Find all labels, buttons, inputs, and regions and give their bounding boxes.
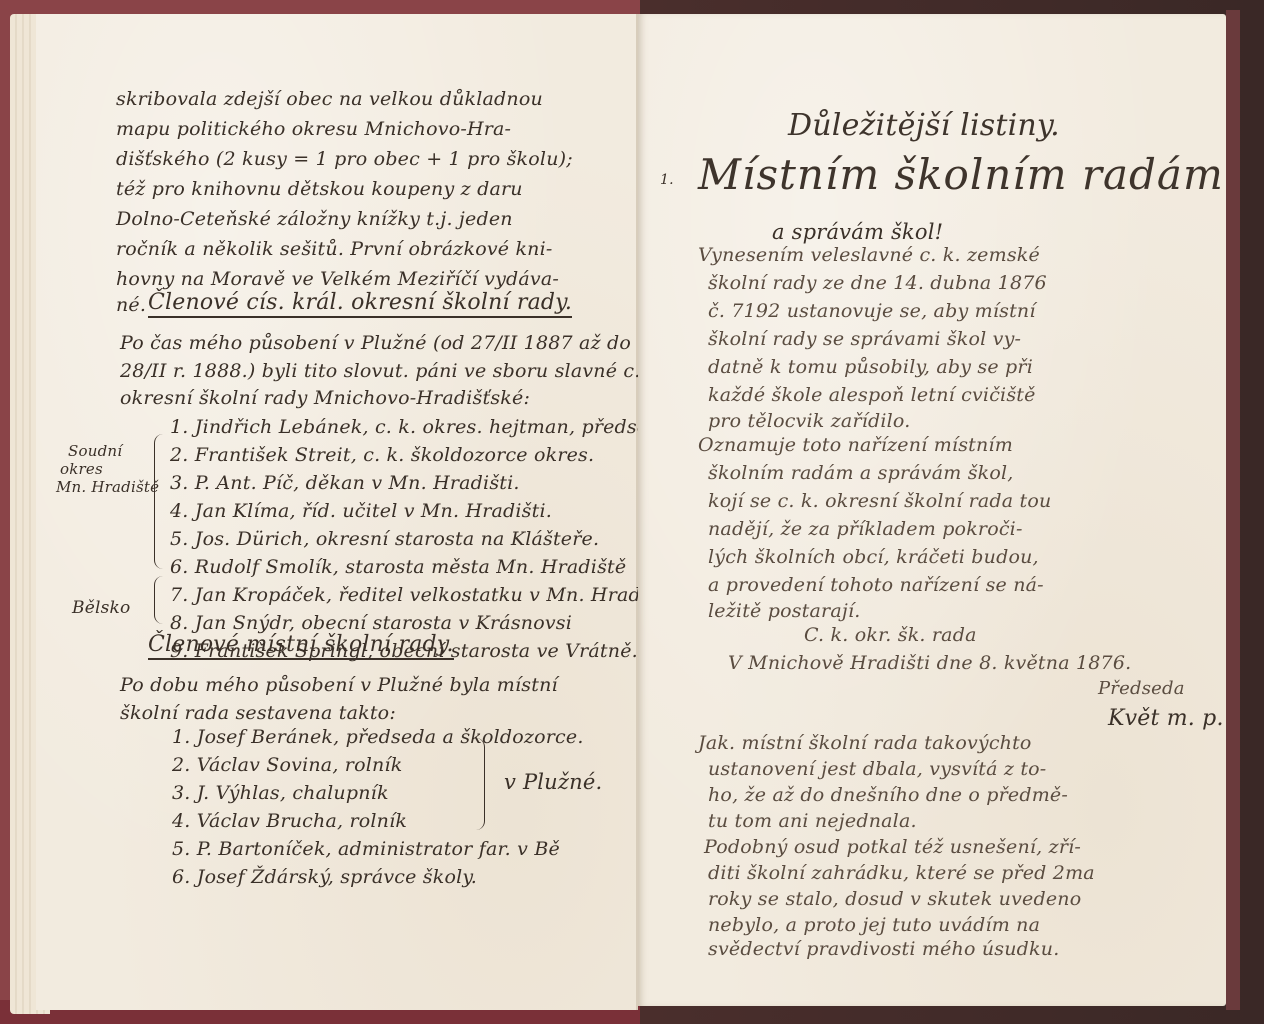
bracket-pluzne xyxy=(476,738,485,830)
member-line: 1. Jindřich Lebánek, c. k. okres. hejtma… xyxy=(170,416,678,438)
local-member-line: 3. J. Výhlas, chalupník xyxy=(172,782,389,804)
bracket-soudni-okres xyxy=(154,434,163,569)
member-line: 8. Jan Snýdr, obecní starosta v Krásnovs… xyxy=(170,612,572,634)
member-line: 4. Jan Klíma, říd. učitel v Mn. Hradišti… xyxy=(170,500,552,522)
bracket-label-pluzne: v Plužné. xyxy=(504,770,602,794)
paragraph1-line: školní rady se správami škol vy- xyxy=(708,328,1021,350)
right-page: Důležitější listiny. 1. Místním školním … xyxy=(638,14,1226,1006)
section-heading-district-council: Členové cís. král. okresní školní rady. xyxy=(148,290,572,318)
right-cover-edge xyxy=(1226,10,1240,1010)
paragraph3-line: tu tom ani nejednala. xyxy=(708,810,917,832)
section2-intro-line: Po dobu mého působení v Plužné byla míst… xyxy=(120,674,558,696)
paragraph2-line: školním radám a správám škol, xyxy=(708,462,1014,484)
paragraph4-line: Podobný osud potkal též usnešení, zří- xyxy=(704,836,1081,858)
member-line: 3. P. Ant. Píč, děkan v Mn. Hradišti. xyxy=(170,472,520,494)
paragraph1-line: školní rady ze dne 14. dubna 1876 xyxy=(708,272,1047,294)
signature-name: Květ m. p. xyxy=(1108,706,1224,731)
margin-label: Soudní xyxy=(68,442,122,460)
local-member-line: 5. P. Bartoníček, administrator far. v B… xyxy=(172,838,560,860)
member-line: 6. Rudolf Smolík, starosta města Mn. Hra… xyxy=(170,556,626,578)
bracket-belsko xyxy=(154,576,163,624)
paragraph1-line: pro tělocvik zařídilo. xyxy=(708,410,910,432)
page-title: Důležitější listiny. xyxy=(788,108,1060,143)
paragraph4-line: svědectví pravdivosti mého úsudku. xyxy=(708,938,1059,960)
paragraph3-line: ustanovení jest dbala, vysvítá z to- xyxy=(708,758,1046,780)
intro-line: dišťského (2 kusy = 1 pro obec + 1 pro š… xyxy=(116,148,573,170)
section1-intro-line: 28/II r. 1888.) byli tito slovut. páni v… xyxy=(120,360,665,382)
local-member-line: 1. Josef Beránek, předseda a školdozorce… xyxy=(172,726,584,748)
signature-role: Předseda xyxy=(1098,678,1185,699)
section2-intro-line: školní rada sestavena takto: xyxy=(120,702,396,724)
intro-line: né. xyxy=(116,294,146,316)
member-line: 5. Jos. Dürich, okresní starosta na Kláš… xyxy=(170,528,599,550)
paragraph2-line: kojí se c. k. okresní školní rada tou xyxy=(708,490,1051,512)
paragraph4-line: nebylo, a proto jej tuto uvádím na xyxy=(708,914,1040,936)
paragraph2-line: ležitě postarají. xyxy=(708,600,860,622)
section-subtitle: a správám škol! xyxy=(772,220,943,244)
margin-label: okres xyxy=(60,460,103,478)
intro-line: Dolno-Ceteňské záložny knížky t.j. jeden xyxy=(116,208,513,230)
paragraph2-line: lých školních obcí, kráčeti budou, xyxy=(708,546,1039,568)
margin-label-belsko: Bělsko xyxy=(72,598,130,618)
section-heading-local-council: Členové místní školní rady. xyxy=(148,632,454,660)
paragraph4-line: diti školní zahrádku, které se před 2ma xyxy=(708,862,1095,884)
section-title: Místním školním radám xyxy=(698,150,1224,199)
section-number: 1. xyxy=(660,172,674,188)
section1-intro-line: Po čas mého působení v Plužné (od 27/II … xyxy=(120,332,631,354)
intro-line: též pro knihovnu dětskou koupeny z daru xyxy=(116,178,523,200)
intro-line: hovny na Moravě ve Velkém Meziříčí vydáv… xyxy=(116,268,559,290)
section1-intro-line: okresní školní rady Mnichovo-Hradišťské: xyxy=(120,387,530,409)
intro-line: ročník a několik sešitů. První obrázkové… xyxy=(116,238,553,260)
left-page: skribovala zdejší obec na velkou důkladn… xyxy=(36,14,638,1010)
paragraph1-line: Vynesením veleslavné c. k. zemské xyxy=(698,244,1040,266)
signature-place-date: V Mnichově Hradišti dne 8. května 1876. xyxy=(728,652,1131,674)
paragraph2-line: nadějí, že za příkladem pokroči- xyxy=(708,518,1023,540)
paragraph1-line: č. 7192 ustanovuje se, aby místní xyxy=(708,300,1036,322)
paragraph1-line: každé škole alespoň letní cvičiště xyxy=(708,384,1036,406)
paragraph3-line: Jak. místní školní rada takovýchto xyxy=(698,732,1032,754)
paragraph3-line: ho, že až do dnešního dne o předmě- xyxy=(708,784,1068,806)
intro-line: mapu politického okresu Mnichovo-Hra- xyxy=(116,118,511,140)
member-line: 7. Jan Kropáček, ředitel velkostatku v M… xyxy=(170,584,671,606)
paragraph1-line: datně k tomu působily, aby se při xyxy=(708,356,1033,378)
intro-line: skribovala zdejší obec na velkou důkladn… xyxy=(116,88,543,110)
paragraph4-line: roky se stalo, dosud v skutek uvedeno xyxy=(708,888,1081,910)
local-member-line: 2. Václav Sovina, rolník xyxy=(172,754,402,776)
local-member-line: 6. Josef Ždárský, správce školy. xyxy=(172,866,477,888)
local-member-line: 4. Václav Brucha, rolník xyxy=(172,810,407,832)
margin-label: Mn. Hradiště xyxy=(56,478,159,496)
signature-body: C. k. okr. šk. rada xyxy=(804,624,977,646)
member-line: 2. František Streit, c. k. školdozorce o… xyxy=(170,444,594,466)
paragraph2-line: a provedení tohoto nařízení se ná- xyxy=(708,574,1044,596)
paragraph2-line: Oznamuje toto nařízení místním xyxy=(698,434,1013,456)
